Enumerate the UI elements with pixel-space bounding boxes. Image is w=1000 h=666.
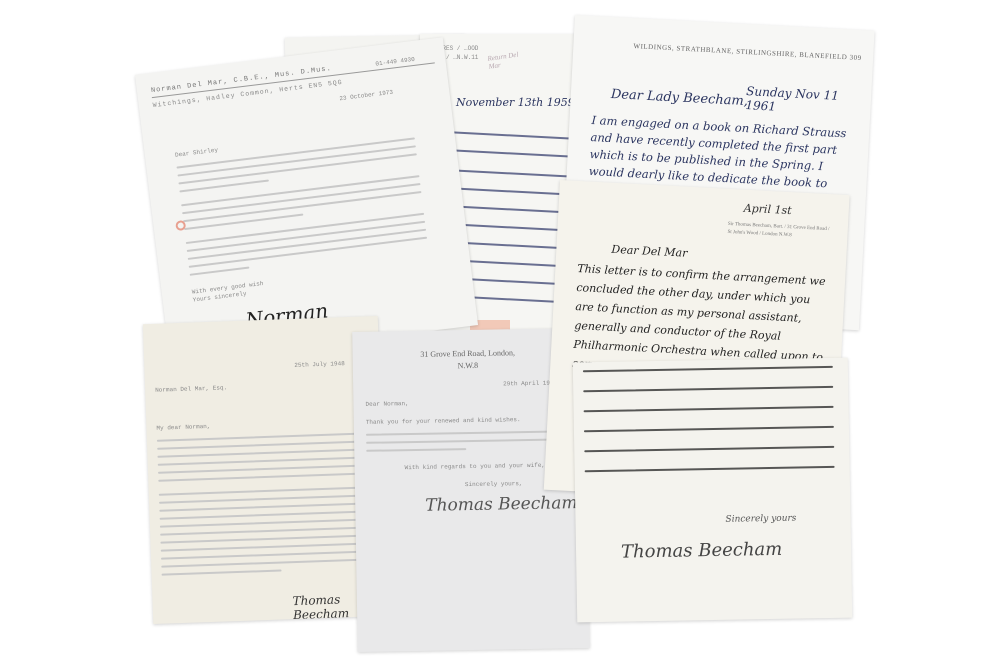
closing-2: Sincerely yours, [465, 479, 523, 489]
salutation: Dear Norman, [365, 399, 408, 409]
letter-date: 25th July 1948 [294, 359, 345, 370]
letterhead: Sir Thomas Beecham, Bart. / 31 Grove End… [727, 221, 833, 242]
letter-date: November 13th 1959 [456, 96, 575, 109]
salutation: Dear Del Mar [611, 243, 688, 260]
letter-typed-cream: 25th July 1948 Norman Del Mar, Esq. My d… [143, 316, 388, 624]
salutation: My dear Norman, [156, 422, 210, 433]
pencil-note: Return Del Mar [487, 49, 529, 70]
salutation: Dear Shirley [175, 145, 219, 159]
addressee: Norman Del Mar, Esq. [155, 383, 227, 395]
letterhead: 31 Grove End Road, London, N.W.8 [413, 347, 523, 373]
signature: Thomas Beecham [621, 539, 783, 563]
salutation: Dear Lady Beecham, [610, 87, 748, 109]
letter-date: Sunday Nov 11 1961 [745, 84, 871, 119]
letter-body: Thank you for your renewed and kind wish… [366, 414, 576, 427]
letter-del-mar-typed: Norman Del Mar, C.B.E., Mus. D.Mus. 01-4… [135, 37, 478, 363]
signature: Thomas Beecham [425, 493, 578, 516]
letterhead: Wildings, Strathblane, Stirlingshire, Bl… [633, 42, 862, 63]
letter-date: April 1st [743, 202, 791, 217]
closing: Sincerely yours [725, 514, 796, 525]
letter-date: 23 October 1973 [339, 88, 394, 104]
letter-beecham-page-2: Sincerely yours Thomas Beecham [573, 358, 852, 623]
